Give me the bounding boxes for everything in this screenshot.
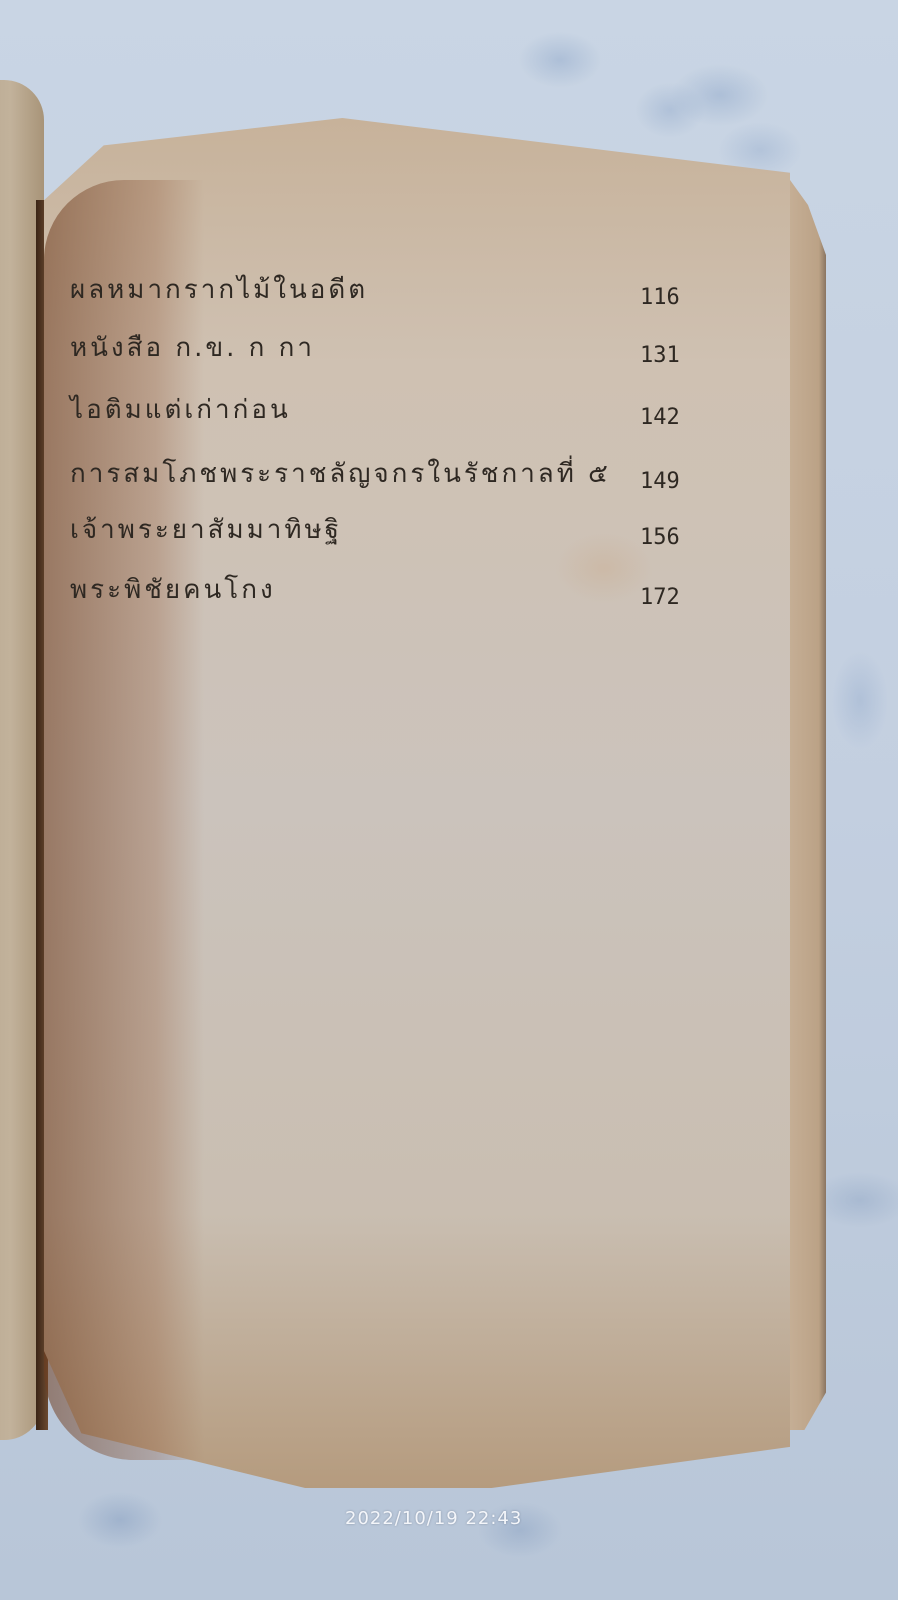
toc-entry-title: พระพิชัยคนโกง (70, 569, 276, 610)
toc-entry: ไอติมแต่เก่าก่อน 142 (70, 368, 710, 430)
toc-entry-page: 142 (640, 405, 680, 430)
toc-entry-page: 156 (640, 525, 680, 550)
left-page-number-fragments: หน้ 1 19 2 3 45 52 57 63 70 77 85 92 10 … (0, 400, 6, 1400)
toc-entry-title: ผลหมากรากไม้ในอดีต (70, 269, 368, 310)
photo-timestamp: 2022/10/19 22:43 (345, 1508, 522, 1529)
toc-entry: พระพิชัยคนโกง 172 (70, 550, 710, 610)
table-of-contents: ผลหมากรากไม้ในอดีต 116 หนังสือ ก.ข. ก กา… (70, 268, 710, 610)
toc-entry-page: 131 (640, 343, 680, 368)
toc-entry-title: การสมโภชพระราชลัญจกรในรัชกาลที่ ๕ (70, 453, 611, 494)
toc-entry: หนังสือ ก.ข. ก กา 131 (70, 310, 710, 368)
toc-entry: เจ้าพระยาสัมมาทิษฐิ 156 (70, 494, 710, 550)
left-edge-fragment: หน้ (0, 383, 1, 405)
toc-entry-title: เจ้าพระยาสัมมาทิษฐิ (70, 509, 342, 550)
toc-entry: การสมโภชพระราชลัญจกรในรัชกาลที่ ๕ 149 (70, 430, 710, 494)
toc-entry: ผลหมากรากไม้ในอดีต 116 (70, 268, 710, 310)
toc-entry-page: 149 (640, 469, 680, 494)
page-stack-edge (790, 180, 826, 1430)
toc-entry-title: หนังสือ ก.ข. ก กา (70, 327, 315, 368)
toc-entry-page: 172 (640, 585, 680, 610)
toc-entry-title: ไอติมแต่เก่าก่อน (70, 389, 291, 430)
toc-entry-page: 116 (640, 285, 680, 310)
